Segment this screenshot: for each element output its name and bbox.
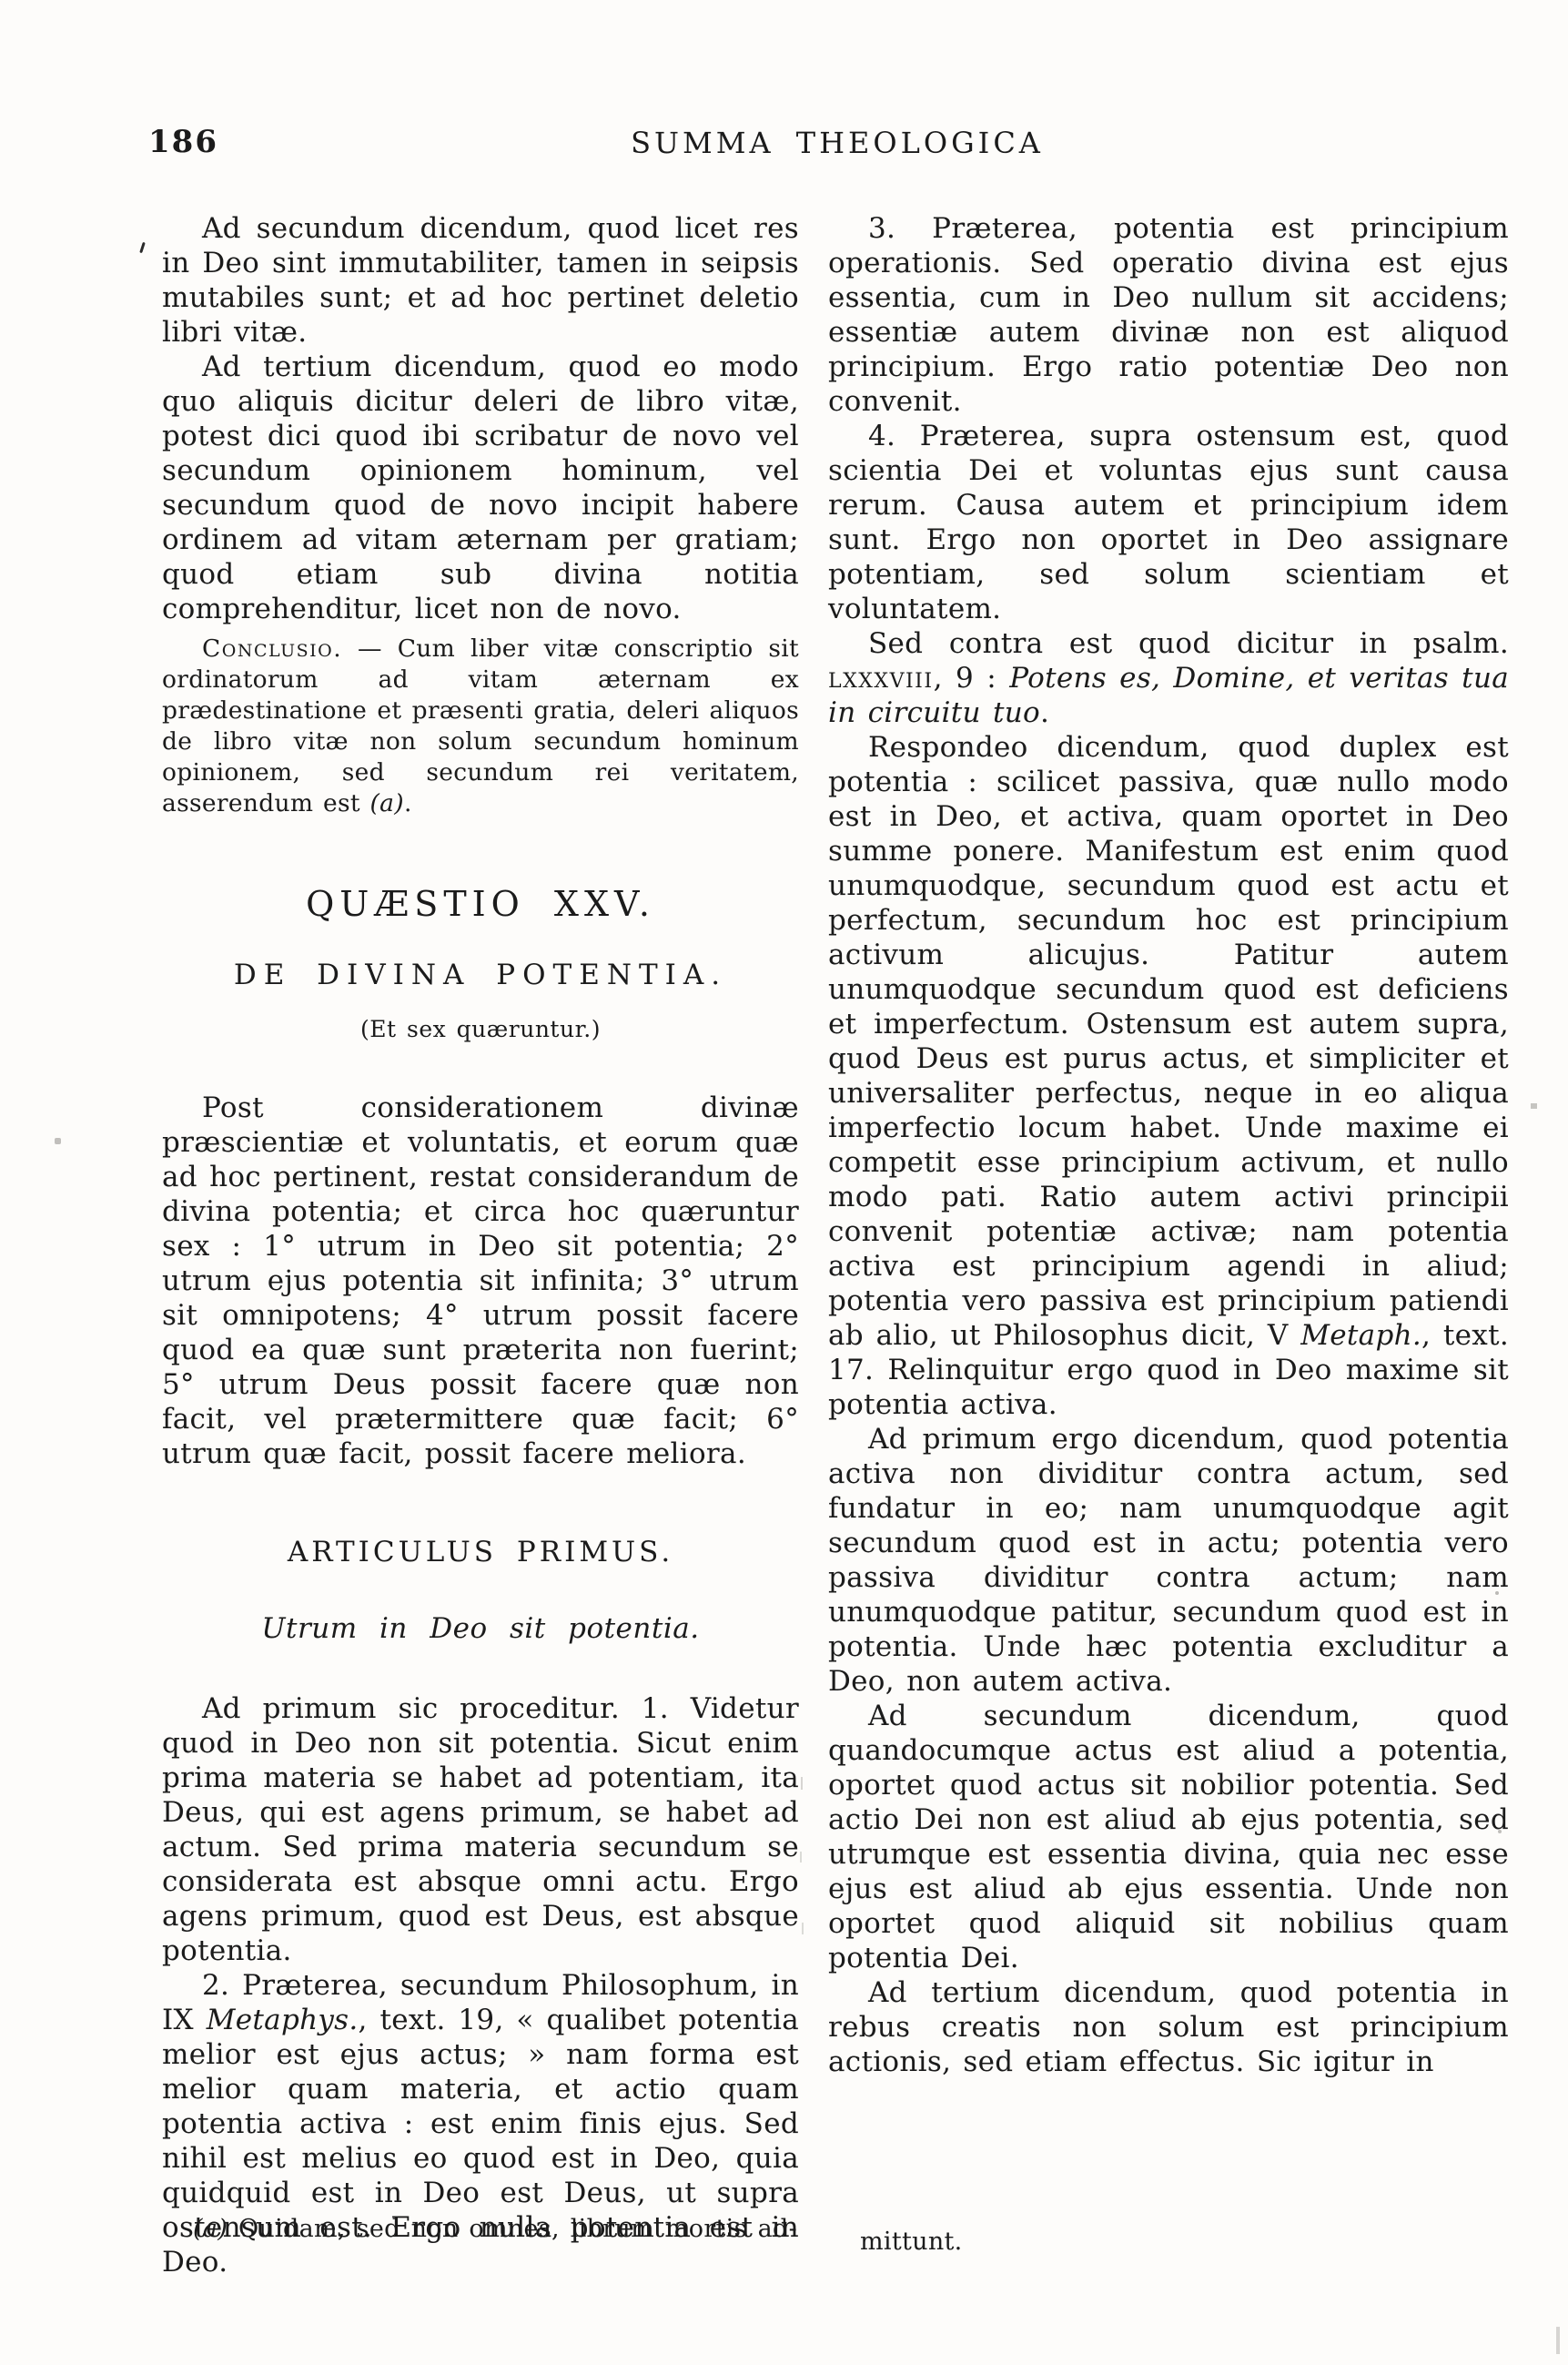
paragraph-ad-secundum-dicendum: Ad secundum dicendum, quod quandocumque … xyxy=(828,1699,1509,1975)
quaestio-heading: QUÆSTIO XXV. xyxy=(162,887,799,921)
quaestio-note: (Et sex quæruntur.) xyxy=(162,1016,799,1043)
running-title: SUMMA THEOLOGICA xyxy=(164,126,1511,160)
articulus-heading: ARTICULUS PRIMUS. xyxy=(162,1535,799,1569)
paragraph-sed-contra: Sed contra est quod dicitur in psalm. lx… xyxy=(828,626,1509,730)
paragraph-ad-tertium: Ad tertium dicendum, quod eo modo quo al… xyxy=(162,350,799,626)
paragraph-ad-secundum: Ad secundum dicendum, quod licet res in … xyxy=(162,211,799,350)
scan-artifact xyxy=(139,242,146,253)
footnote-left: (a) Quidam, sed non omnes, librum mortis… xyxy=(193,2214,830,2245)
quaestio-subheading: DE DIVINA POTENTIA. xyxy=(162,958,799,992)
paragraph-praeterea-4: 4. Præterea, supra ostensum est, quod sc… xyxy=(828,419,1509,626)
scan-artifact xyxy=(802,1923,804,1934)
paragraph-ad-tertium-dicendum: Ad tertium dicendum, quod potentia in re… xyxy=(828,1975,1509,2079)
paragraph-respondeo: Respondeo dicendum, quod duplex est pote… xyxy=(828,730,1509,1422)
running-head: 186 SUMMA THEOLOGICA xyxy=(0,124,1568,169)
scan-artifact xyxy=(1498,1830,1502,1833)
book-page-scan: 186 SUMMA THEOLOGICA Ad secundum dicendu… xyxy=(0,0,1568,2365)
paragraph-post-considerationem: Post considerationem divinæ præscientiæ … xyxy=(162,1091,799,1471)
paragraph-praeterea-3: 3. Præterea, potentia est principium ope… xyxy=(828,211,1509,419)
scan-artifact xyxy=(800,1852,802,1863)
scan-artifact xyxy=(1556,2327,1560,2354)
paragraph-ad-primum-ergo: Ad primum ergo dicendum, quod potentia a… xyxy=(828,1422,1509,1699)
scan-artifact xyxy=(801,1777,803,1790)
scan-artifact xyxy=(1531,1103,1537,1109)
left-column: Ad secundum dicendum, quod licet res in … xyxy=(162,211,799,2279)
right-column: 3. Præterea, potentia est principium ope… xyxy=(828,211,1509,2079)
scan-artifact xyxy=(55,1138,61,1144)
articulus-subheading: Utrum in Deo sit potentia. xyxy=(162,1611,799,1646)
paragraph-conclusio: Conclusio. — Cum liber vitæ conscriptio … xyxy=(162,634,799,819)
paragraph-ad-primum-proceditur: Ad primum sic proceditur. 1. Videtur quo… xyxy=(162,1691,799,1968)
scan-artifact xyxy=(1495,1591,1499,1595)
footnote-right: mittunt. xyxy=(860,2227,1133,2258)
